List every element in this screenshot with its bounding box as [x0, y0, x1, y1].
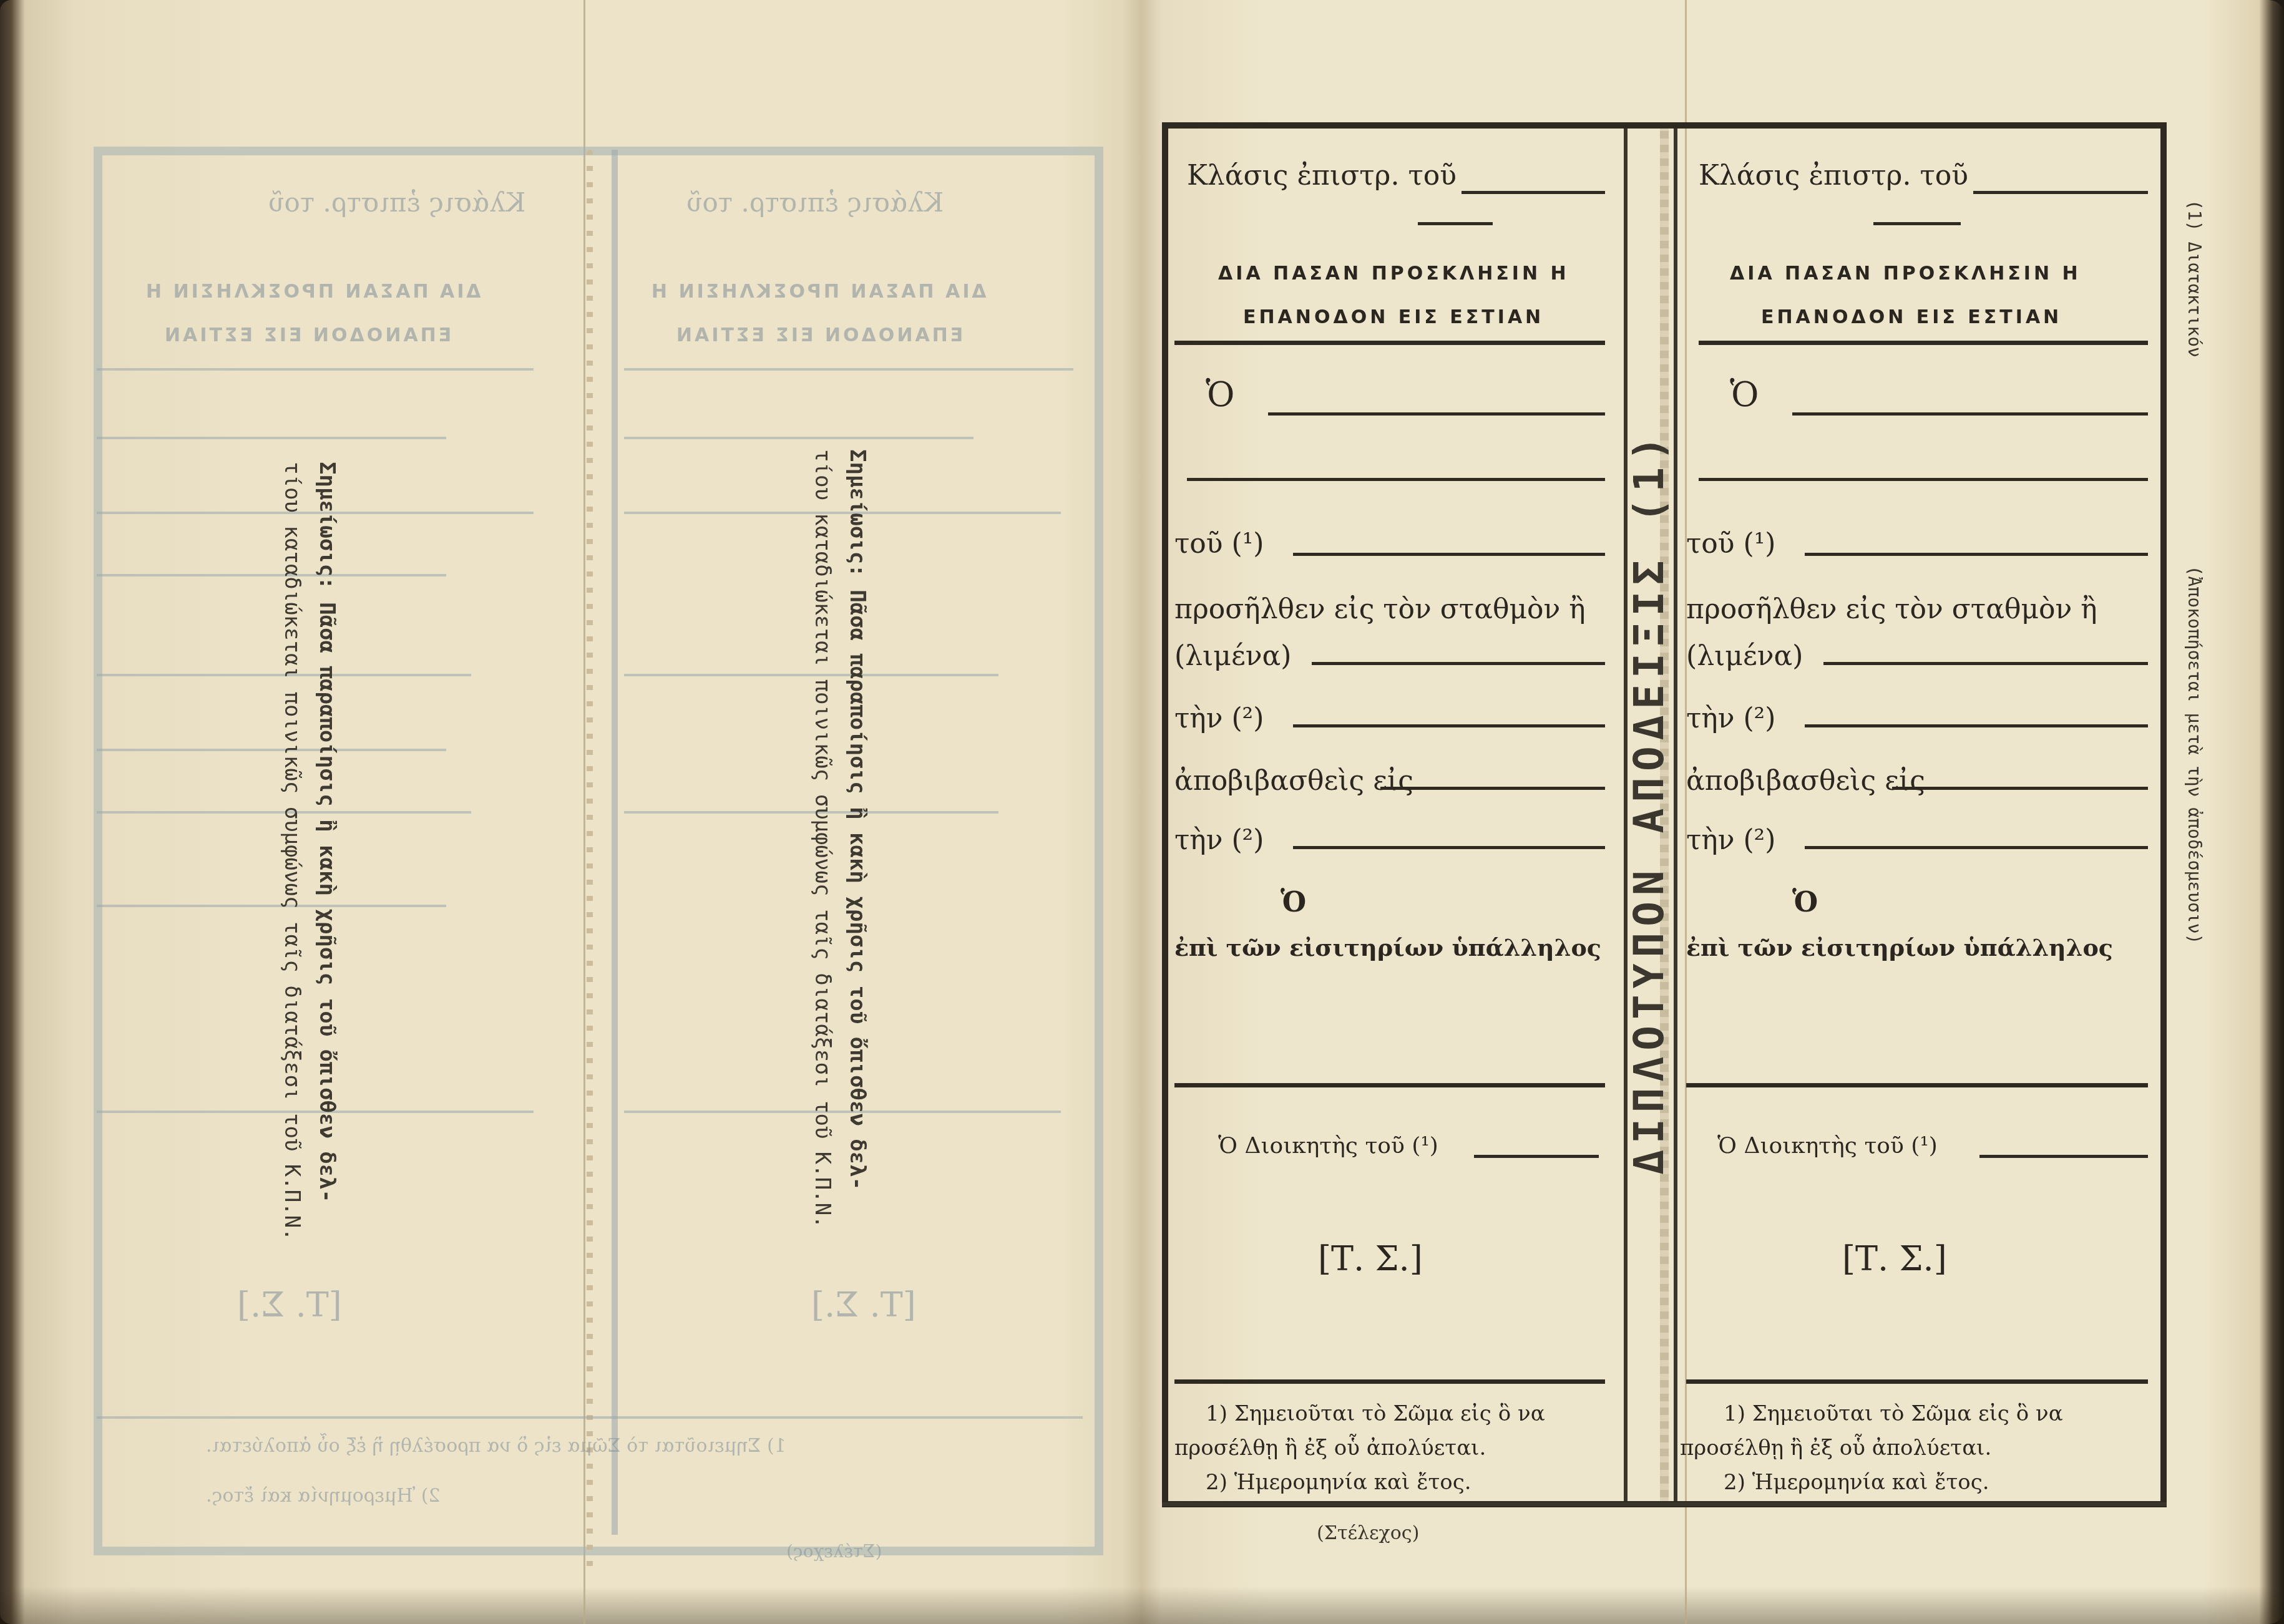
vertical-notice-2: Σημείωσις: Πᾶσα παραποίησις ἢ κακὴ χρῆσι… — [805, 449, 875, 1228]
ghost-heading-3: ΔΙΑ ΠΑΣΑΝ ΠΡΟΣΚΛΗΣΙΝ Η — [649, 281, 987, 303]
show-through-frame — [94, 147, 1103, 1555]
section-rule — [1174, 341, 1605, 345]
section-rule — [1699, 341, 2148, 345]
stub-caption: (Στέλεχος) — [1317, 1522, 1419, 1544]
apobibastheis-label: ἀποβιβασθεὶς εἰς — [1174, 765, 1413, 797]
counterfoil-heading-1: ΔΙΑ ΠΑΣΑΝ ΠΡΟΣΚΛΗΣΙΝ Η — [1730, 263, 2081, 284]
ghost-rule — [97, 905, 446, 907]
notice-line: τίου καταδιώκεται ποινικῶς συμφώνως ταῖς… — [280, 462, 305, 1241]
seal: [Τ. Σ.] — [1842, 1239, 1947, 1278]
perforation-line — [587, 150, 593, 1568]
dioikitis-blank[interactable] — [1474, 1155, 1599, 1158]
tin-label-1: τὴν (²) — [1174, 703, 1264, 734]
stub-column: Κλάσις ἐπιστρ. τοῦ ΔΙΑ ΠΑΣΑΝ ΠΡΟΣΚΛΗΣΙΝ … — [1168, 129, 1618, 1501]
ghost-rule — [97, 749, 446, 751]
short-rule — [1873, 222, 1961, 225]
stub-heading-1: ΔΙΑ ΠΑΣΑΝ ΠΡΟΣΚΛΗΣΙΝ Η — [1218, 263, 1569, 284]
notice-line: τίου καταδιώκεται ποινικῶς συμφώνως ταῖς… — [810, 449, 835, 1228]
limena-label: (λιμένα) — [1686, 640, 1803, 672]
o-label: Ὁ — [1206, 375, 1234, 414]
ghost-rule — [624, 437, 974, 439]
limena-blank[interactable] — [1312, 662, 1605, 665]
date-blank-1[interactable] — [1805, 724, 2148, 727]
notice-line: Σημείωσις: Πᾶσα παραποίησις ἢ κακὴ χρῆσι… — [845, 449, 870, 1190]
section-rule — [1686, 1083, 2148, 1087]
footnote-2: 2) Ἡμερομηνία καὶ ἔτος. — [1206, 1470, 1471, 1495]
form-bottom-rule — [1162, 1502, 2167, 1506]
return-ticket-form: Κλάσις ἐπιστρ. τοῦ ΔΙΑ ΠΑΣΑΝ ΠΡΟΣΚΛΗΣΙΝ … — [1162, 122, 2167, 1507]
tin-label-2: τὴν (²) — [1686, 824, 1775, 856]
dioikitis-label: Ὁ Διοικητὴς τοῦ (¹) — [1717, 1133, 1938, 1159]
page-shadow — [0, 1587, 1142, 1624]
o2-label: Ὁ — [1792, 887, 1818, 918]
dioikitis-blank[interactable] — [1979, 1155, 2148, 1158]
counterfoil-title: Κλάσις ἐπιστρ. τοῦ — [1699, 160, 1968, 192]
ghost-rule — [97, 437, 446, 439]
ghost-title-2: Κλάσις ἐπιστρ. τοῦ — [686, 187, 944, 218]
date-blank-2[interactable] — [1293, 846, 1605, 849]
footnote-1a: 1) Σημειοῦται τὸ Σῶμα εἰς ὃ να — [1724, 1401, 2063, 1426]
ghost-footnote-2: 2) Ἡμερομηνία καὶ ἔτος. — [206, 1485, 441, 1507]
counterfoil-column: Κλάσις ἐπιστρ. τοῦ ΔΙΑ ΠΑΣΑΝ ΠΡΟΣΚΛΗΣΙΝ … — [1680, 129, 2160, 1501]
proselthen-label: προσῆλθεν εἰς τὸν σταθμὸν ἢ — [1686, 593, 2097, 625]
tou-blank[interactable] — [1805, 553, 2148, 556]
ghost-rule — [624, 368, 1073, 371]
limena-blank[interactable] — [1823, 662, 2148, 665]
left-page: Κλάσις ἐπιστρ. τοῦ ΔΙΑ ΠΑΣΑΝ ΠΡΟΣΚΛΗΣΙΝ … — [0, 0, 1142, 1624]
ghost-seal: [Τ. Σ.] — [237, 1285, 342, 1325]
ghost-title: Κλάσις ἐπιστρ. τοῦ — [268, 187, 525, 218]
page-shadow — [1142, 1587, 2284, 1624]
edge-note-2: (Ἀποκοπήσεται μετὰ τὴν ἀποδέσμευσιν) — [2184, 566, 2205, 945]
ghost-heading-4: ΕΠΑΝΟΔΟΝ ΕΙΣ ΕΣΤΙΑΝ — [674, 324, 963, 346]
footnote-1a: 1) Σημειοῦται τὸ Σῶμα εἰς ὃ να — [1206, 1401, 1545, 1426]
counterfoil-heading-2: ΕΠΑΝΟΔΟΝ ΕΙΣ ΕΣΤΙΑΝ — [1761, 306, 2062, 328]
footnote-rule — [1686, 1379, 2148, 1384]
destination-blank[interactable] — [1380, 787, 1605, 790]
footnote-rule — [1174, 1379, 1605, 1384]
tou-label: τοῦ (¹) — [1174, 528, 1264, 560]
stub-title: Κλάσις ἐπιστρ. τοῦ — [1187, 160, 1457, 192]
name-blank-2[interactable] — [1187, 478, 1605, 481]
ghost-rule — [97, 1416, 1083, 1419]
date-blank-1[interactable] — [1293, 724, 1605, 727]
proselthen-label: προσῆλθεν εἰς τὸν σταθμὸν ἢ — [1174, 593, 1586, 625]
ypallilos-label: ἐπὶ τῶν εἰσιτηρίων ὑπάλληλος — [1174, 933, 1601, 961]
ghost-footnote-1: 1) Σημειοῦται τὸ Σῶμα εἰς ὃ να προσέλθῃ … — [206, 1435, 786, 1457]
footnote-1b: προσέλθῃ ἢ ἐξ οὗ ἀπολύεται. — [1680, 1436, 1991, 1461]
footnote-1b: προσέλθῃ ἢ ἐξ οὗ ἀπολύεται. — [1174, 1436, 1486, 1461]
ghost-rule — [97, 574, 446, 576]
date-blank-2[interactable] — [1805, 846, 2148, 849]
limena-label: (λιμένα) — [1174, 640, 1291, 672]
show-through-divider — [612, 150, 618, 1535]
dioikitis-label: Ὁ Διοικητὴς τοῦ (¹) — [1218, 1133, 1438, 1159]
destination-blank[interactable] — [1892, 787, 2148, 790]
column-divider — [1674, 129, 1677, 1501]
name-blank-2[interactable] — [1699, 478, 2148, 481]
ghost-stub-caption: (Στέλεχος) — [786, 1541, 882, 1562]
edge-note-1: (1) Διατακτικόν — [2184, 200, 2205, 357]
ghost-heading-2: ΕΠΑΝΟΔΟΝ ΕΙΣ ΕΣΤΙΑΝ — [162, 324, 451, 346]
stub-heading-2: ΕΠΑΝΟΔΟΝ ΕΙΣ ΕΣΤΙΑΝ — [1243, 306, 1544, 328]
name-blank[interactable] — [1792, 412, 2148, 416]
section-rule — [1174, 1083, 1605, 1087]
ghost-heading-1: ΔΙΑ ΠΑΣΑΝ ΠΡΟΣΚΛΗΣΙΝ Η — [144, 281, 481, 303]
tin-label-1: τὴν (²) — [1686, 703, 1775, 734]
o2-label: Ὁ — [1281, 887, 1306, 918]
tou-label: τοῦ (¹) — [1686, 528, 1776, 560]
short-rule — [1418, 222, 1493, 225]
vertical-notice-1: Σημείωσις: Πᾶσα παραποίησις ἢ κακὴ χρῆσι… — [275, 462, 344, 1241]
edge-note: (1) Διατακτικόν (Ἀποκοπήσεται μετὰ τὴν ἀ… — [2184, 200, 2205, 944]
seal: [Τ. Σ.] — [1318, 1239, 1423, 1278]
class-blank[interactable] — [1462, 191, 1605, 194]
ghost-seal-2: [Τ. Σ.] — [811, 1285, 916, 1325]
class-blank[interactable] — [1973, 191, 2148, 194]
ghost-rule — [97, 368, 534, 371]
vertical-stamp: ΔΙΠΛΟΤΥΠΟΝ ΑΠΟΔΕΙΞΙΣ (1) — [1624, 278, 1674, 1326]
apobibastheis-label: ἀποβιβασθεὶς εἰς — [1686, 765, 1925, 797]
tin-label-2: τὴν (²) — [1174, 824, 1264, 856]
stamp-text: ΔΙΠΛΟΤΥΠΟΝ ΑΠΟΔΕΙΞΙΣ (1) — [1625, 430, 1673, 1175]
notice-line: Σημείωσις: Πᾶσα παραποίησις ἢ κακὴ χρῆσι… — [315, 462, 339, 1202]
footnote-2: 2) Ἡμερομηνία καὶ ἔτος. — [1724, 1470, 1989, 1495]
o-label: Ὁ — [1730, 375, 1759, 414]
ypallilos-label: ἐπὶ τῶν εἰσιτηρίων ὑπάλληλος — [1686, 933, 2113, 961]
tou-blank[interactable] — [1293, 553, 1605, 556]
name-blank[interactable] — [1268, 412, 1605, 416]
